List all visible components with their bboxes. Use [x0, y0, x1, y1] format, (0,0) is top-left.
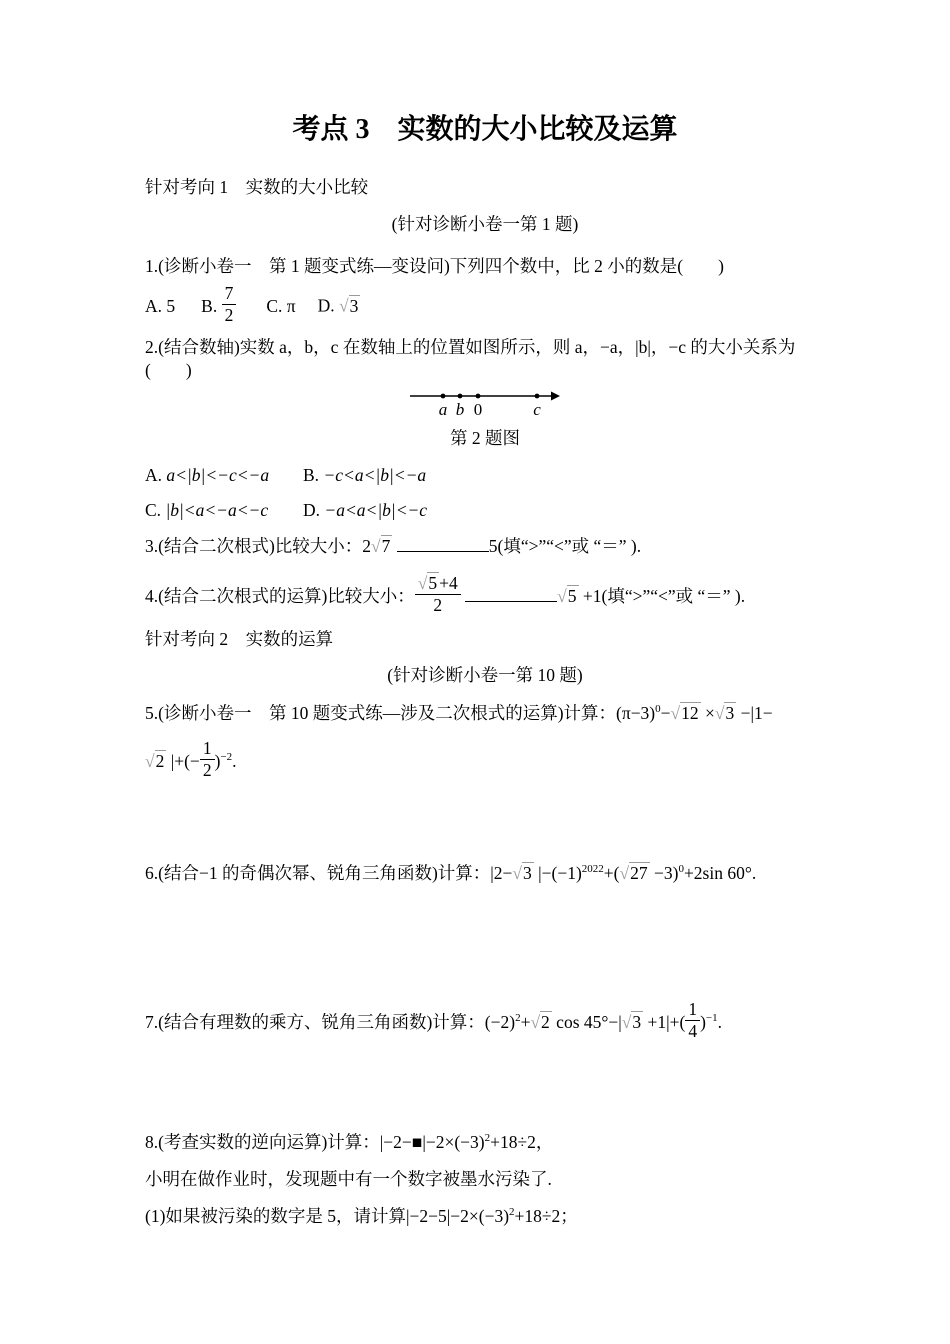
- q2-option-a: A. a<|b|<−c<−a: [145, 464, 303, 487]
- question-5-line1: 5.(诊断小卷一 第 10 题变式练—涉及二次根式的运算)计算：(π−3)0−√…: [145, 702, 825, 725]
- radicand: 3: [522, 862, 534, 883]
- section-note-1: (针对诊断小卷一第 1 题): [145, 213, 825, 236]
- radicand: 27: [629, 862, 650, 883]
- fraction: √5+42: [415, 574, 461, 616]
- q8-text-1: 8.(考查实数的逆向运算)计算：|−2−■|−2×(−3): [145, 1132, 485, 1152]
- question-5-line2: √2 |+(−12)−2.: [145, 738, 825, 784]
- exponent: 2022: [582, 863, 604, 875]
- question-7: 7.(结合有理数的乘方、锐角三角函数)计算：(−2)2+√2 cos 45°−|…: [145, 999, 825, 1045]
- fraction-denominator: 2: [200, 760, 215, 780]
- arrow-right-icon: [551, 391, 560, 400]
- radicand: 3: [349, 295, 361, 316]
- numerator-rest: +4: [439, 573, 458, 593]
- q2-option-d-label: D.: [303, 500, 324, 520]
- sqrt-icon: √: [418, 573, 428, 593]
- question-2: 2.(结合数轴)实数 a，b，c 在数轴上的位置如图所示，则 a，−a，|b|，…: [145, 336, 825, 382]
- question-8-line1: 8.(考查实数的逆向运算)计算：|−2−■|−2×(−3)2+18÷2，: [145, 1131, 825, 1154]
- point-dot-zero: [476, 393, 481, 398]
- question-1-options: A. 5B. 72C. πD. √3: [145, 284, 825, 326]
- point-dot-c: [535, 393, 540, 398]
- q5-text-3: ×: [701, 703, 715, 723]
- radicand: 12: [680, 702, 701, 723]
- sqrt-icon: √: [622, 1012, 632, 1032]
- q1-option-b: B. 72: [201, 296, 236, 316]
- number-line-label-zero: 0: [474, 400, 483, 420]
- sqrt-icon: √: [530, 1012, 540, 1032]
- fraction-numerator: 1: [200, 739, 215, 760]
- q1-option-b-label: B.: [201, 296, 221, 316]
- fraction-denominator: 2: [415, 595, 461, 615]
- q5-text-5: |+(−: [166, 751, 199, 771]
- sqrt-icon: √: [620, 863, 630, 883]
- question-4: 4.(结合二次根式的运算)比较大小：√5+42 √5 +1(填“>”“<”或 “…: [145, 571, 825, 621]
- q2-option-b: B. −c<a<|b|<−a: [303, 465, 426, 485]
- exponent: −1: [706, 1012, 718, 1024]
- q4-text-1: 4.(结合二次根式的运算)比较大小：: [145, 586, 415, 606]
- worksheet-page: 考点 3 实数的大小比较及运算 针对考向 1 实数的大小比较 (针对诊断小卷一第…: [0, 0, 950, 1344]
- q7-text-1: 7.(结合有理数的乘方、锐角三角函数)计算：(−2): [145, 1012, 515, 1032]
- fraction: 12: [200, 739, 215, 781]
- question-2-options-row1: A. a<|b|<−c<−aB. −c<a<|b|<−a: [145, 464, 825, 487]
- q7-text-6: .: [718, 1012, 722, 1032]
- radicand: 5: [567, 585, 579, 606]
- fraction-numerator: √5+4: [415, 574, 461, 595]
- fraction-numerator: 1: [685, 1000, 700, 1021]
- q2-option-c-expr: |b|<a<−a<−c: [165, 500, 268, 520]
- q2-option-c-label: C.: [145, 500, 165, 520]
- section-note-2: (针对诊断小卷一第 10 题): [145, 664, 825, 687]
- radicand: 5: [427, 572, 439, 593]
- q4-text-2: +1(填“>”“<”或 “＝” ).: [579, 586, 746, 606]
- number-line-figure: a b 0 c: [410, 387, 560, 427]
- q2-option-b-label: B.: [303, 465, 323, 485]
- fraction: 72: [222, 284, 237, 326]
- q5-text-1: 5.(诊断小卷一 第 10 题变式练—涉及二次根式的运算)计算：(π−3): [145, 703, 655, 723]
- section-heading-1: 针对考向 1 实数的大小比较: [145, 176, 825, 199]
- figure-caption: 第 2 题图: [145, 427, 825, 450]
- question-2-options-row2: C. |b|<a<−a<−cD. −a<a<|b|<−c: [145, 499, 825, 522]
- q1-option-d-label: D.: [318, 296, 339, 316]
- radicand: 2: [540, 1011, 552, 1032]
- q3-text-1: 3.(结合二次根式)比较大小：2: [145, 536, 371, 556]
- radicand: 2: [155, 750, 167, 771]
- q5-text-4: −|1−: [736, 703, 772, 723]
- q7-text-2: +: [521, 1012, 531, 1032]
- radicand: 3: [724, 702, 736, 723]
- radicand: 7: [381, 535, 393, 556]
- q7-text-4: +1|+(: [643, 1012, 685, 1032]
- fraction: 14: [685, 1000, 700, 1042]
- point-dot-b: [458, 393, 463, 398]
- radicand: 3: [631, 1011, 643, 1032]
- sqrt-icon: √: [671, 703, 681, 723]
- fraction-numerator: 7: [222, 284, 237, 305]
- exponent: −2: [220, 751, 232, 763]
- q6-text-1: 6.(结合−1 的奇偶次幂、锐角三角函数)计算：|2−: [145, 863, 512, 883]
- q8-text-4: +18÷2；: [515, 1206, 578, 1226]
- q6-text-4: −3): [650, 863, 679, 883]
- number-line-label-a: a: [439, 400, 448, 420]
- q8-text-2: +18÷2，: [490, 1132, 553, 1152]
- page-title: 考点 3 实数的大小比较及运算: [145, 113, 825, 147]
- answer-blank: [465, 586, 557, 602]
- q1-option-d: D. √3: [318, 295, 361, 316]
- q1-option-a: A. 5: [145, 296, 175, 316]
- q2-option-d: D. −a<a<|b|<−c: [303, 500, 427, 520]
- answer-blank: [397, 536, 489, 552]
- q2-option-a-expr: a<|b|<−c<−a: [166, 465, 269, 485]
- number-line-label-c: c: [533, 400, 541, 420]
- fraction-denominator: 2: [222, 305, 237, 325]
- q2-option-a-label: A.: [145, 465, 166, 485]
- q6-text-5: +2sin 60°.: [684, 863, 756, 883]
- question-6: 6.(结合−1 的奇偶次幂、锐角三角函数)计算：|2−√3 |−(−1)2022…: [145, 862, 825, 885]
- section-heading-2: 针对考向 2 实数的运算: [145, 628, 825, 651]
- sqrt-icon: √: [145, 751, 155, 771]
- q2-option-b-expr: −c<a<|b|<−a: [323, 465, 426, 485]
- q5-text-7: .: [232, 751, 236, 771]
- q8-text-3: (1)如果被污染的数字是 5，请计算|−2−5|−2×(−3): [145, 1206, 509, 1226]
- sqrt-icon: √: [557, 586, 567, 606]
- q1-option-c: C. π: [266, 296, 295, 316]
- question-1: 1.(诊断小卷一 第 1 题变式练—变设问)下列四个数中，比 2 小的数是( ): [145, 255, 825, 278]
- question-8-part1: (1)如果被污染的数字是 5，请计算|−2−5|−2×(−3)2+18÷2；: [145, 1205, 825, 1228]
- q5-text-2: −: [661, 703, 671, 723]
- question-8-line2: 小明在做作业时，发现题中有一个数字被墨水污染了.: [145, 1168, 825, 1191]
- q6-text-3: +(: [604, 863, 620, 883]
- fraction-denominator: 4: [685, 1021, 700, 1041]
- sqrt-icon: √: [512, 863, 522, 883]
- q7-text-3: cos 45°−|: [552, 1012, 622, 1032]
- q6-text-2: |−(−1): [534, 863, 582, 883]
- number-line-label-b: b: [456, 400, 465, 420]
- sqrt-icon: √: [339, 296, 349, 316]
- q2-option-c: C. |b|<a<−a<−c: [145, 499, 303, 522]
- sqrt-icon: √: [371, 536, 381, 556]
- q2-option-d-expr: −a<a<|b|<−c: [324, 500, 427, 520]
- q3-text-2: 5(填“>”“<”或 “＝” ).: [489, 536, 641, 556]
- point-dot-a: [441, 393, 446, 398]
- question-3: 3.(结合二次根式)比较大小：2√7 5(填“>”“<”或 “＝” ).: [145, 535, 825, 558]
